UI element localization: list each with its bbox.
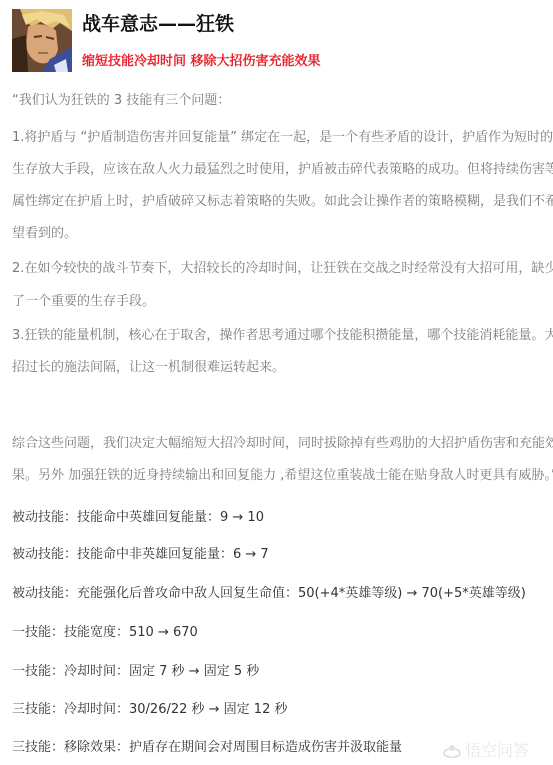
article-subtitle: 缩短技能冷却时间 移除大招伤害充能效果	[82, 53, 321, 71]
change-item: 三技能：冷却时间：30/26/22 秒 → 固定 12 秒	[12, 702, 287, 718]
quote-line: “我们认为狂铁的 3 技能有三个问题：	[12, 93, 230, 109]
hero-portrait-icon	[12, 9, 72, 72]
wukong-logo-icon	[443, 743, 461, 757]
quote-line: 综合这些问题，我们决定大幅缩短大招冷却时间，同时拔除掉有些鸡肋的大招护盾伤害和充…	[12, 436, 553, 452]
change-item: 一技能：冷却时间：固定 7 秒 → 固定 5 秒	[12, 664, 259, 680]
quote-line: 2.在如今较快的战斗节奏下，大招较长的冷却时间，让狂铁在交战之时经常没有大招可用…	[12, 261, 553, 277]
article-header: 战车意志——狂铁 缩短技能冷却时间 移除大招伤害充能效果	[12, 9, 542, 73]
watermark-text: 悟空问答	[465, 738, 529, 761]
quote-line: 生存放大手段，应该在敌人火力最猛烈之时使用，护盾被击碎代表策略的成功。但将持续伤…	[12, 162, 553, 178]
article-title: 战车意志——狂铁	[82, 12, 234, 36]
quote-line: 3.狂铁的能量机制，核心在于取舍，操作者思考通过哪个技能积攒能量，哪个技能消耗能…	[12, 328, 553, 344]
change-item: 被动技能：技能命中非英雄回复能量：6 → 7	[12, 547, 269, 563]
hero-avatar	[12, 9, 72, 72]
quote-line: 1.将护盾与 “护盾制造伤害并回复能量” 绑定在一起，是一个有些矛盾的设计，护盾…	[12, 130, 553, 146]
change-item: 三技能：移除效果：护盾存在期间会对周围目标造成伤害并汲取能量	[12, 740, 402, 756]
quote-line: 属性绑定在护盾上时，护盾破碎又标志着策略的失败。如此会让操作者的策略模糊，是我们…	[12, 194, 553, 210]
change-item: 被动技能：充能强化后普攻命中敌人回复生命值：50(+4*英雄等级) → 70(+…	[12, 586, 526, 602]
change-item: 一技能：技能宽度：510 → 670	[12, 625, 198, 641]
quote-line: 望看到的。	[12, 226, 77, 242]
quote-line: 招过长的施法间隔，让这一机制很难运转起来。	[12, 360, 285, 376]
quote-line: 果。另外 加强狂铁的近身持续输出和回复能力 ,希望这位重装战士能在贴身敌人时更具…	[12, 468, 553, 484]
quote-line: 了一个重要的生存手段。	[12, 294, 155, 310]
watermark: 悟空问答	[443, 738, 529, 761]
change-item: 被动技能：技能命中英雄回复能量：9 → 10	[12, 510, 264, 526]
